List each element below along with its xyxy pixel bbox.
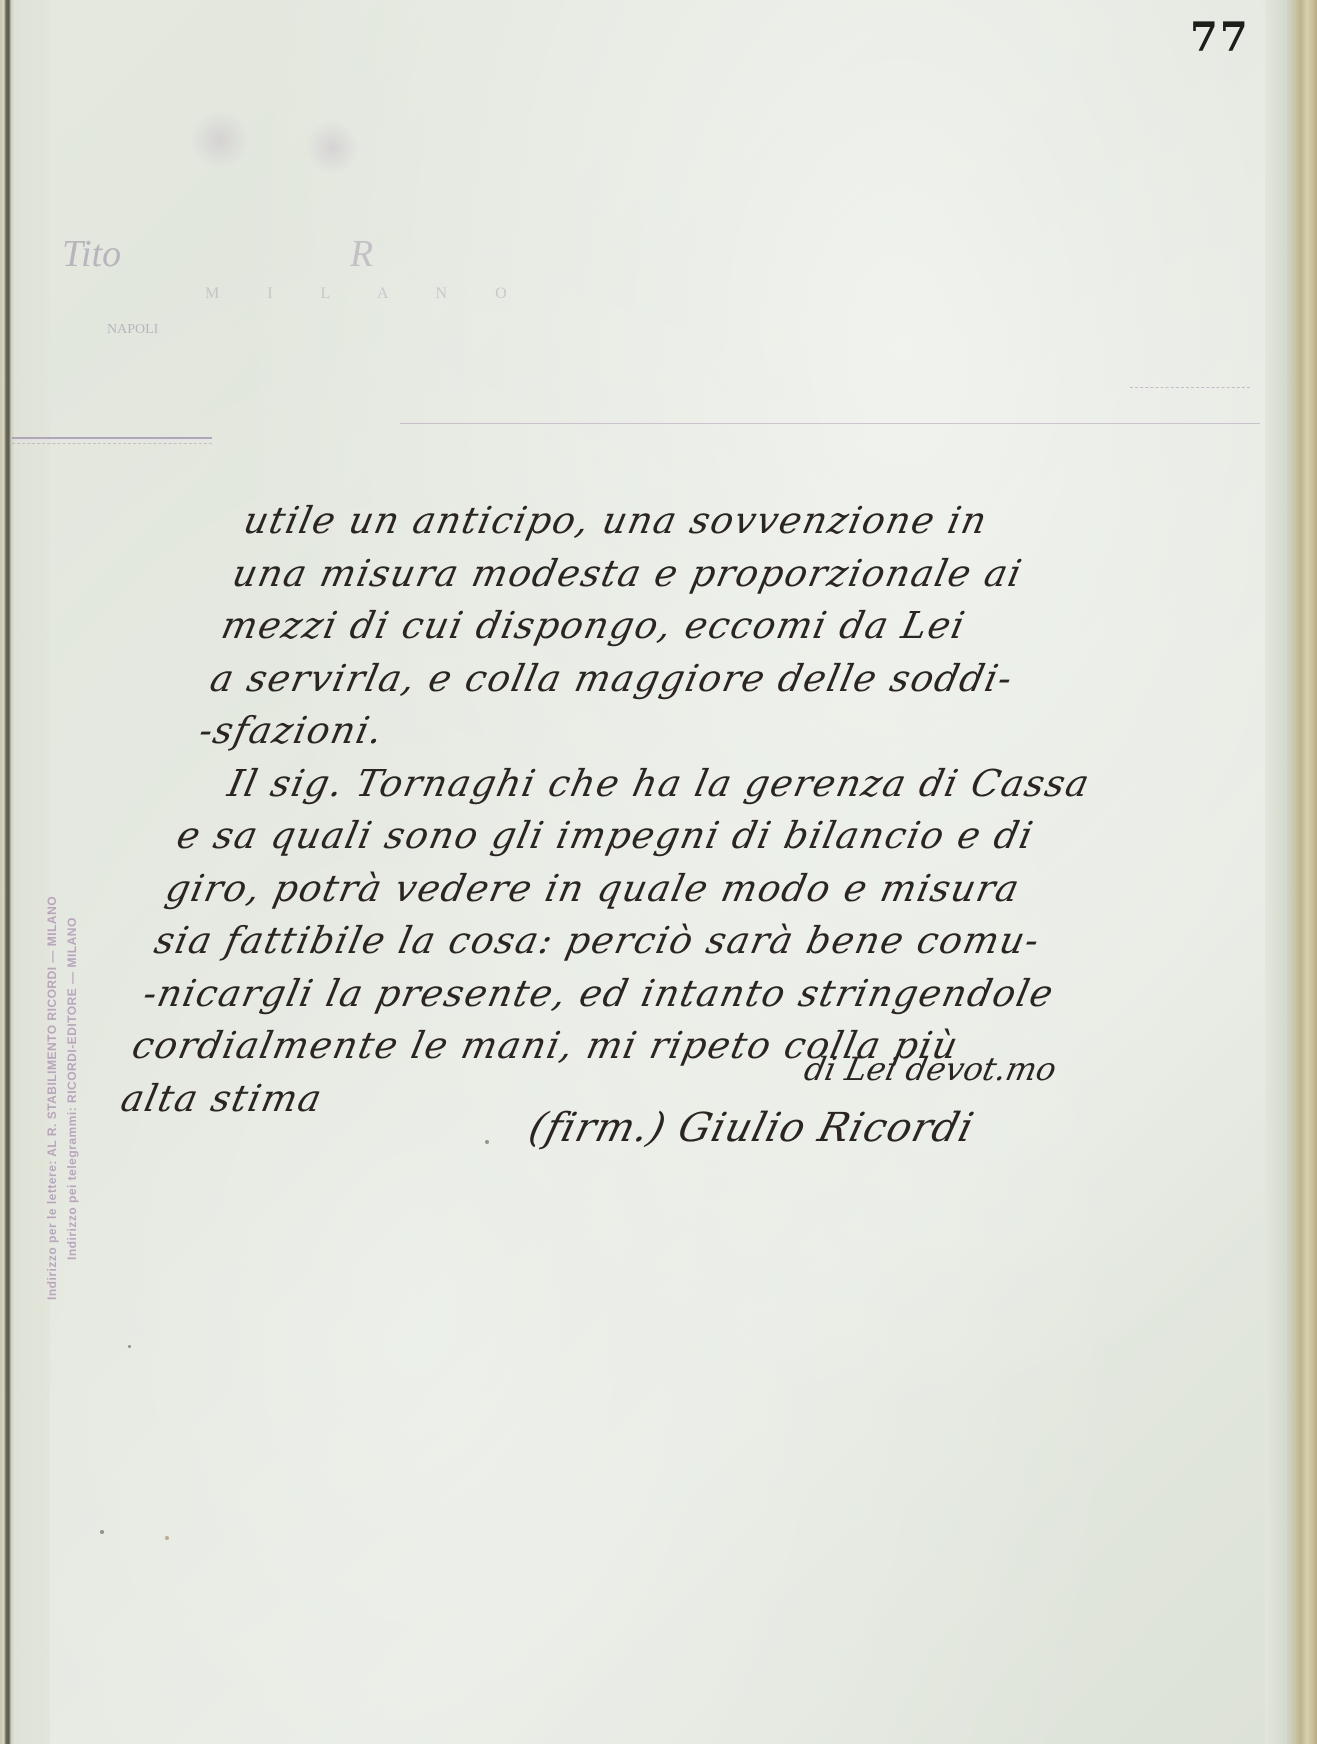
left-binding-edge bbox=[0, 0, 14, 1744]
letterhead-city: M I L A N O bbox=[205, 285, 529, 303]
letterhead-branch: NAPOLI bbox=[107, 322, 158, 338]
paper-speck bbox=[100, 1530, 104, 1534]
body-line: una misura modesta e proporzionale ai bbox=[228, 548, 1249, 601]
body-line: utile un anticipo, una sovvenzione in bbox=[239, 495, 1260, 548]
faint-emblem-left bbox=[190, 110, 250, 170]
letterhead-firm-name: Tito bbox=[62, 232, 121, 276]
body-line: a servirla, e colla maggiore delle soddi… bbox=[205, 653, 1226, 706]
paper-speck bbox=[128, 1345, 131, 1348]
letterhead-firm-initial: R bbox=[350, 232, 373, 276]
body-line: giro, potrà vedere in quale modo e misur… bbox=[161, 863, 1182, 916]
body-line: -sfazioni. bbox=[194, 705, 1215, 758]
paper-speck bbox=[485, 1140, 489, 1144]
page-number: 77 bbox=[1190, 14, 1250, 61]
faint-emblem-right bbox=[305, 120, 360, 175]
letterhead-rule-left bbox=[12, 437, 212, 444]
address-stamp-telegrams: Indirizzo pei telegrammi: RICORDI-EDITOR… bbox=[62, 896, 82, 1300]
letter-closing: di Lei devot.mo bbox=[801, 1050, 1060, 1088]
body-line: Il sig. Tornaghi che ha la gerenza di Ca… bbox=[183, 758, 1204, 811]
right-page-shadow bbox=[1265, 0, 1287, 1744]
body-line: sia fattibile la cosa: perciò sarà bene … bbox=[150, 915, 1171, 968]
scanned-page: 77 Tito R M I L A N O NAPOLI Indirizzo p… bbox=[0, 0, 1317, 1744]
body-line: e sa quali sono gli impegni di bilancio … bbox=[172, 810, 1193, 863]
left-margin-strip bbox=[14, 0, 50, 1744]
right-binding-edge bbox=[1287, 0, 1317, 1744]
address-stamp: Indirizzo per le lettere: AL R. STABILIM… bbox=[42, 896, 82, 1300]
letter-signature: (firm.) Giulio Ricordi bbox=[524, 1105, 979, 1151]
letterhead-rule-short bbox=[1130, 387, 1250, 390]
address-stamp-letters: Indirizzo per le lettere: AL R. STABILIM… bbox=[42, 896, 62, 1300]
paper-speck bbox=[165, 1536, 169, 1540]
body-line: mezzi di cui dispongo, eccomi da Lei bbox=[217, 600, 1238, 653]
letterhead-rule-right bbox=[400, 423, 1260, 427]
letter-body: utile un anticipo, una sovvenzione in un… bbox=[116, 495, 1260, 1125]
body-line: -nicargli la presente, ed intanto string… bbox=[138, 968, 1159, 1021]
